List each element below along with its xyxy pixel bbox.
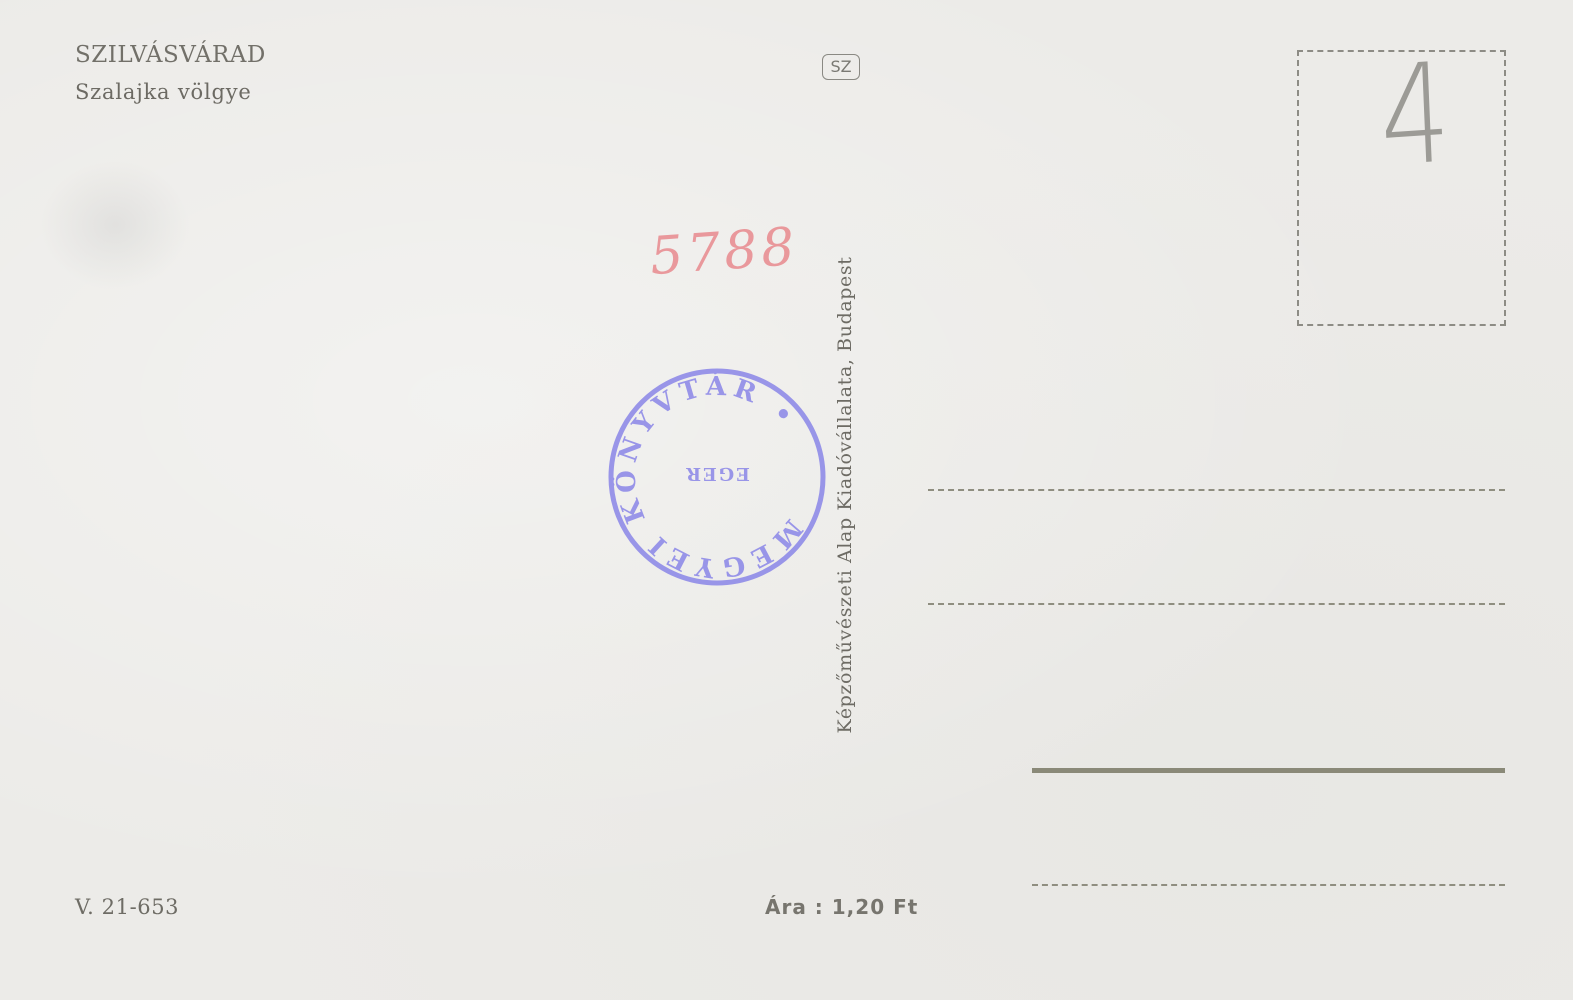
handwritten-inventory-number: 5788 (648, 217, 800, 287)
library-stamp: MEGYEI KÖNYVTÁR • EGER (606, 366, 828, 588)
series-number: V. 21-653 (75, 895, 179, 919)
library-stamp-icon: MEGYEI KÖNYVTÁR • EGER (606, 366, 828, 588)
handwritten-mark: 4 (1377, 44, 1453, 186)
address-line-1 (928, 489, 1505, 491)
address-line-3 (1032, 768, 1505, 773)
address-line-4 (1032, 884, 1505, 886)
address-line-2 (928, 603, 1505, 605)
faded-print-mark (40, 160, 190, 290)
location-title: SZILVÁSVÁRAD (75, 42, 266, 68)
publisher-imprint: Képzőművészeti Alap Kiadóvállalata, Buda… (834, 257, 856, 734)
publisher-logo-icon: SZ (822, 54, 860, 80)
svg-text:EGER: EGER (684, 463, 750, 484)
postcard-back: SZILVÁSVÁRAD Szalajka völgye SZ 5788 MEG… (0, 0, 1573, 1000)
price-label: Ára : 1,20 Ft (765, 895, 918, 919)
location-subtitle: Szalajka völgye (75, 80, 252, 104)
